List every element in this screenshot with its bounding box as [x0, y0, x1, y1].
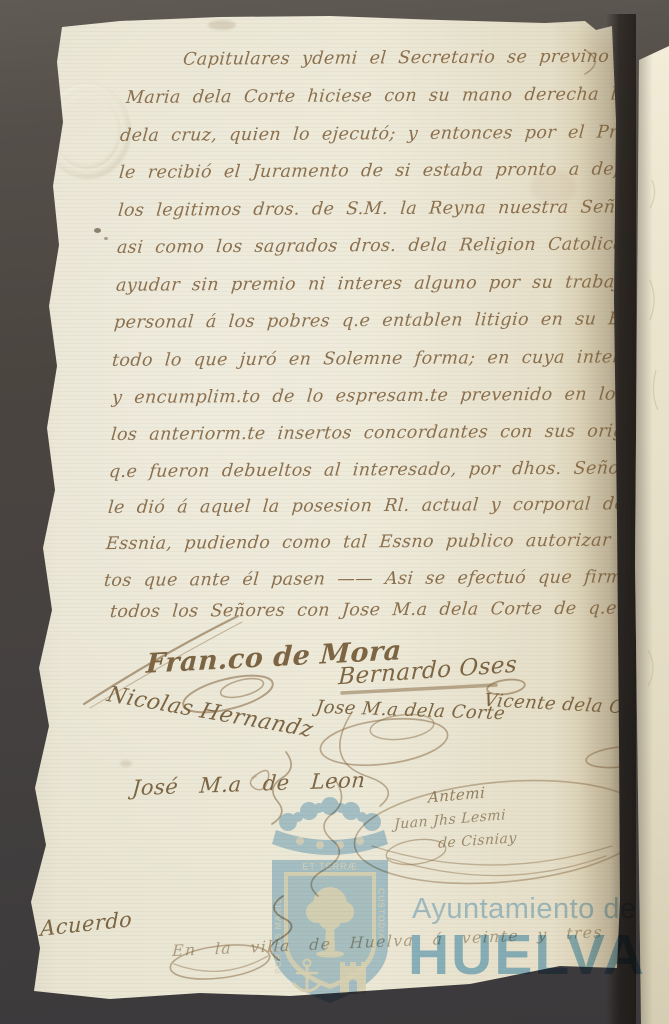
paper-smudge: [120, 760, 132, 767]
manuscript-page: Capitulares ydemi el Secretario se previ…: [0, 0, 669, 1024]
paper-smudge: [208, 20, 236, 30]
ink-speck: [94, 228, 101, 233]
ink-speck: [104, 237, 108, 240]
archive-scan-viewport: Capitulares ydemi el Secretario se previ…: [0, 0, 669, 1024]
page-curvature-shading: [552, 0, 620, 1024]
